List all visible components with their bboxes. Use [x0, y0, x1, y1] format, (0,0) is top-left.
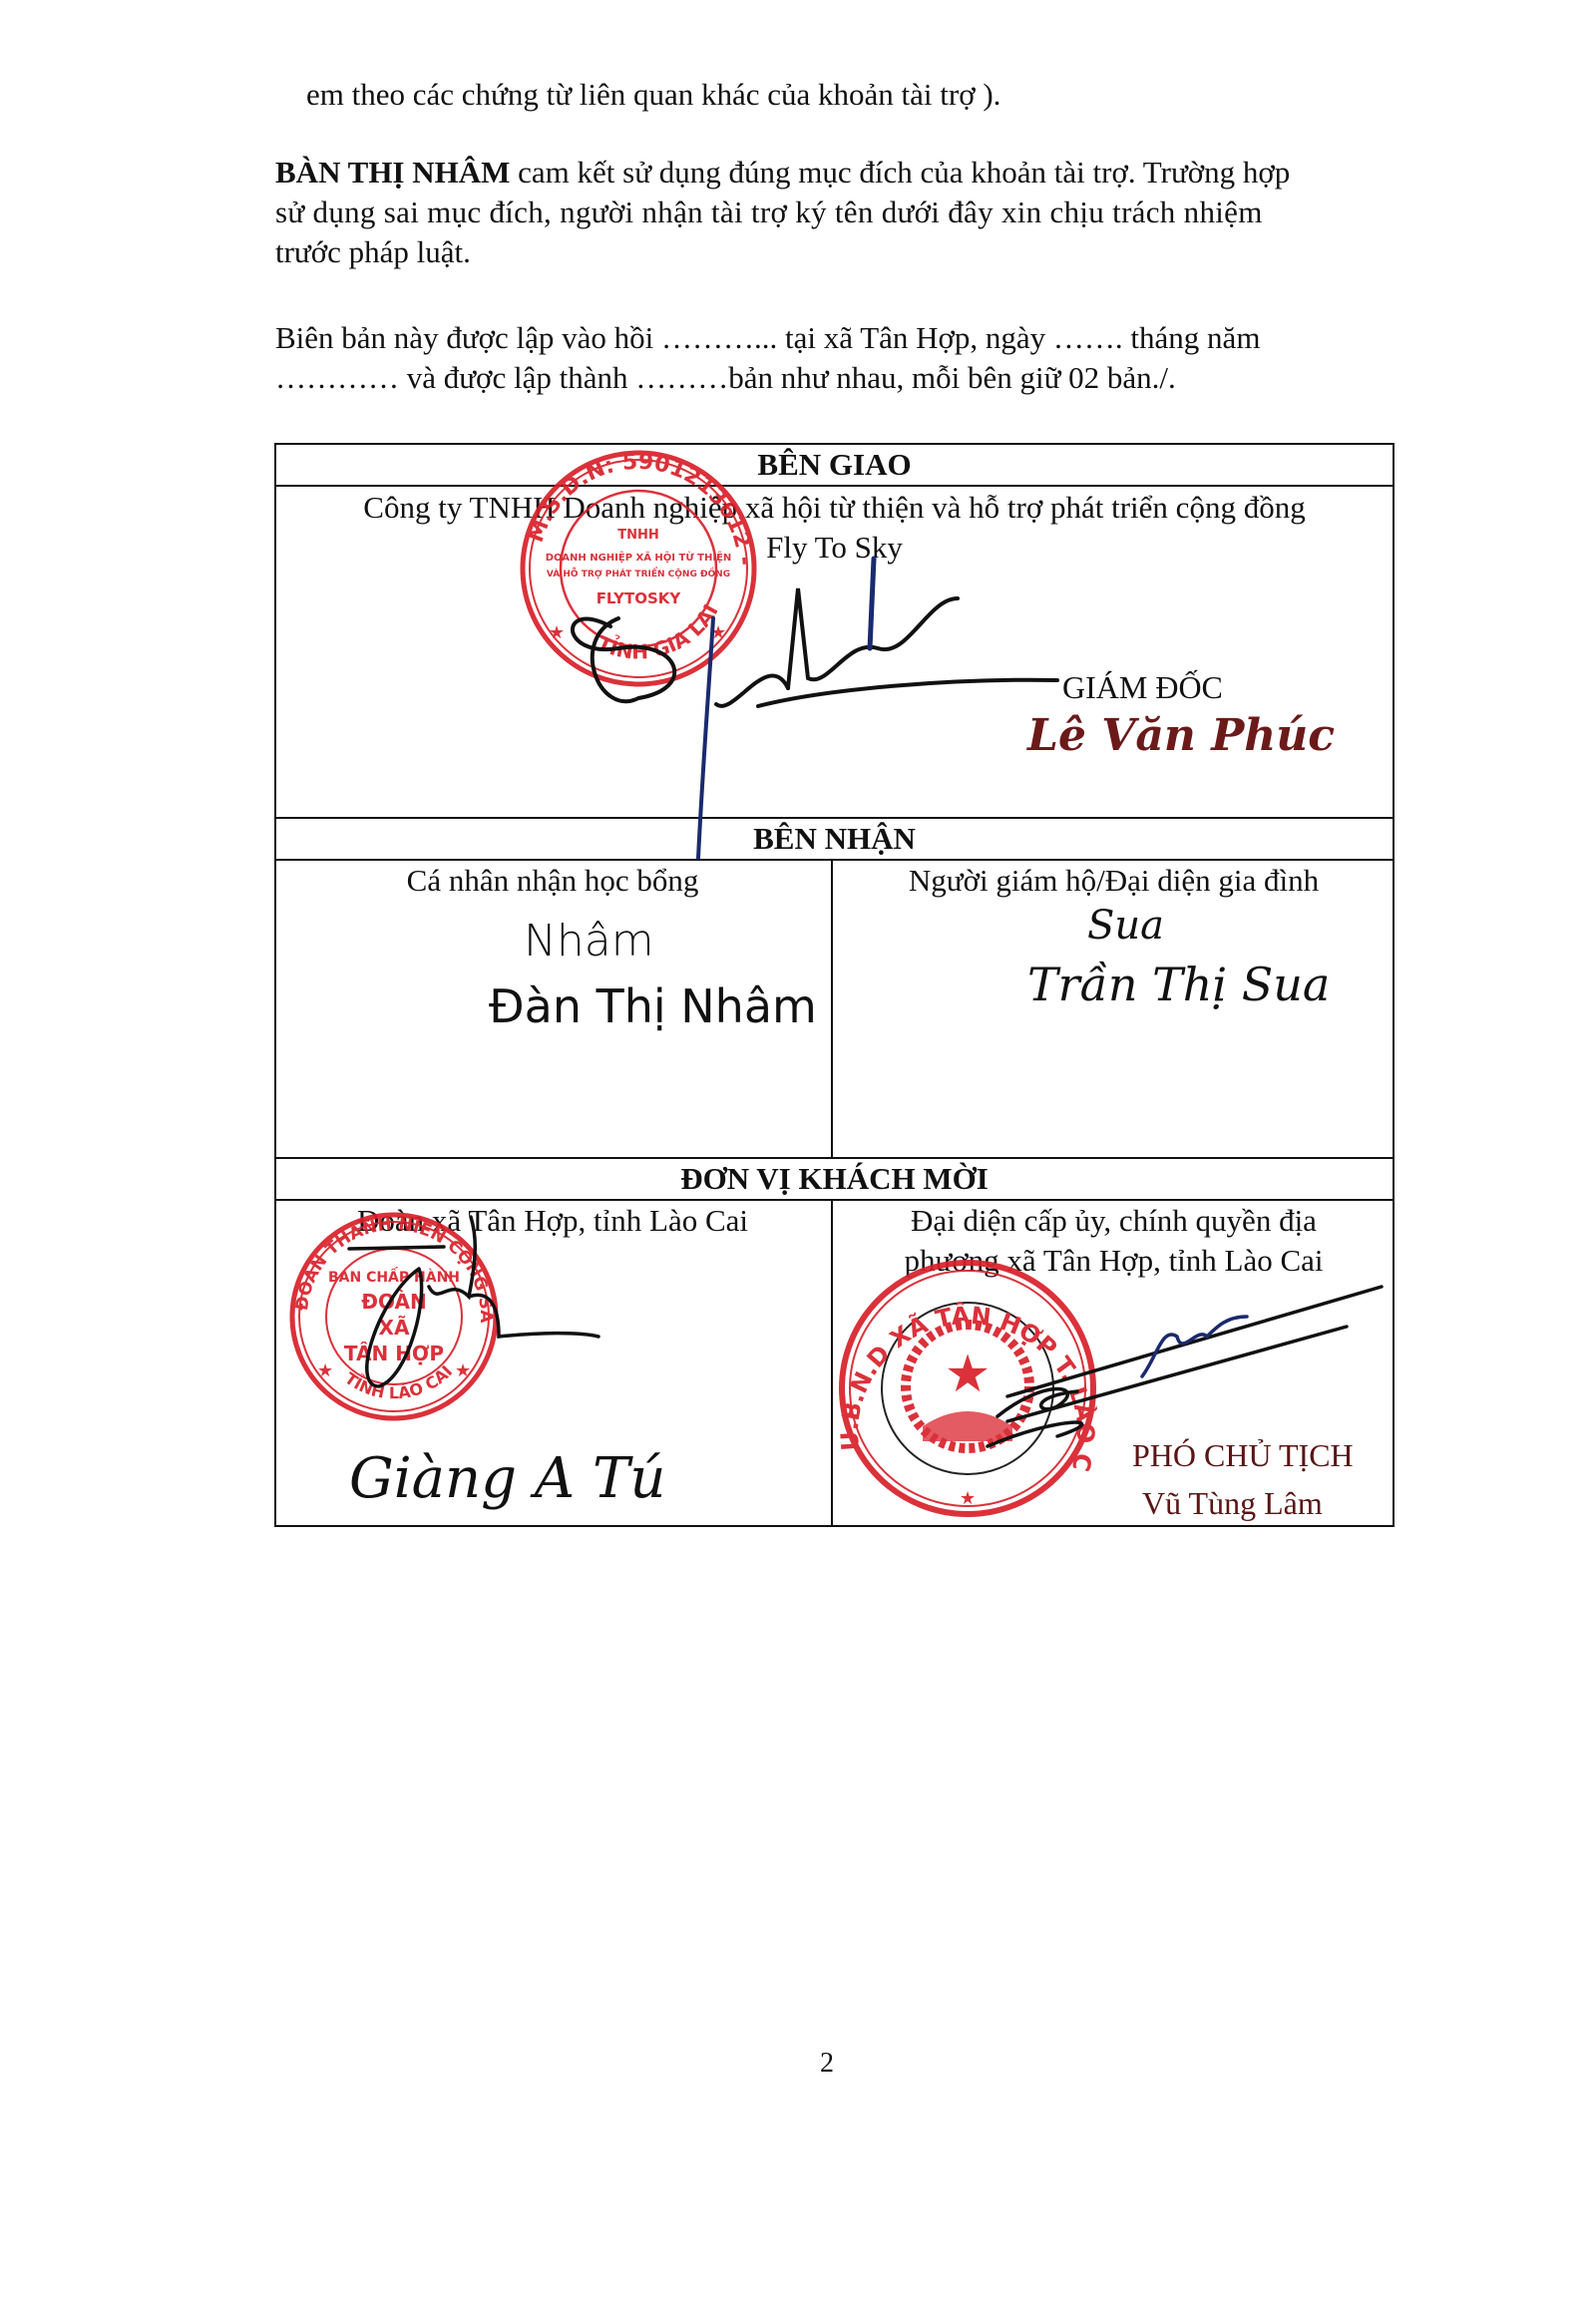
table-divider — [274, 485, 1395, 487]
commitment-line-2: sử dụng sai mục đích, người nhận tài trợ… — [275, 193, 1263, 231]
minutes-line-2: ………… và được lập thành ………bản như nhau, … — [275, 359, 1176, 397]
continuation-line: em theo các chứng từ liên quan khác của … — [306, 76, 1000, 114]
table-divider — [274, 1157, 1395, 1159]
section-header-ben-nhan: BÊN NHẬN — [274, 820, 1395, 858]
column-divider — [831, 859, 833, 1157]
vice-chairman-name: Vũ Tùng Lâm — [1142, 1484, 1323, 1522]
table-divider — [274, 817, 1395, 819]
recipient-name: BÀN THỊ NHÂM — [275, 155, 510, 190]
youth-union-label: Đoàn xã Tân Hợp, tỉnh Lào Cai — [274, 1202, 831, 1240]
commitment-line-1: BÀN THỊ NHÂM cam kết sử dụng đúng mục đí… — [275, 154, 1290, 192]
guardian-handwritten-name: Trần Thị Sua — [1027, 958, 1330, 1011]
section-header-guests: ĐƠN VỊ KHÁCH MỜI — [274, 1160, 1395, 1198]
commune-rep-label-1: Đại diện cấp ủy, chính quyền địa — [833, 1202, 1395, 1240]
director-title: GIÁM ĐỐC — [1062, 668, 1223, 706]
company-name-line-1: Công ty TNHH Doanh nghiệp xã hội từ thiệ… — [274, 489, 1395, 527]
director-name: Lê Văn Phúc — [1027, 710, 1335, 761]
section-header-ben-giao: BÊN GIAO — [274, 446, 1395, 484]
guardian-label: Người giám hộ/Đại diện gia đình — [833, 862, 1395, 900]
company-name-line-2: Fly To Sky — [274, 529, 1395, 567]
table-divider — [274, 859, 1395, 861]
minutes-line-1: Biên bản này được lập vào hồi ………... tại… — [275, 319, 1260, 357]
guardian-signature: Sua — [1087, 903, 1164, 949]
vice-chairman-title: PHÓ CHỦ TỊCH — [1132, 1436, 1354, 1474]
recipient-signature: Nhâm — [524, 916, 654, 966]
youth-union-signer-name: Giàng A Tú — [349, 1446, 665, 1511]
recipient-label: Cá nhân nhận học bổng — [274, 862, 831, 900]
commune-rep-label-2: phương xã Tân Hợp, tỉnh Lào Cai — [833, 1242, 1395, 1280]
commitment-line-3: trước pháp luật. — [275, 233, 471, 271]
commitment-text: cam kết sử dụng đúng mục đích của khoản … — [510, 155, 1290, 190]
recipient-handwritten-name: Đàn Thị Nhâm — [489, 979, 817, 1033]
page-number: 2 — [820, 2045, 834, 2083]
table-divider — [274, 1199, 1395, 1201]
